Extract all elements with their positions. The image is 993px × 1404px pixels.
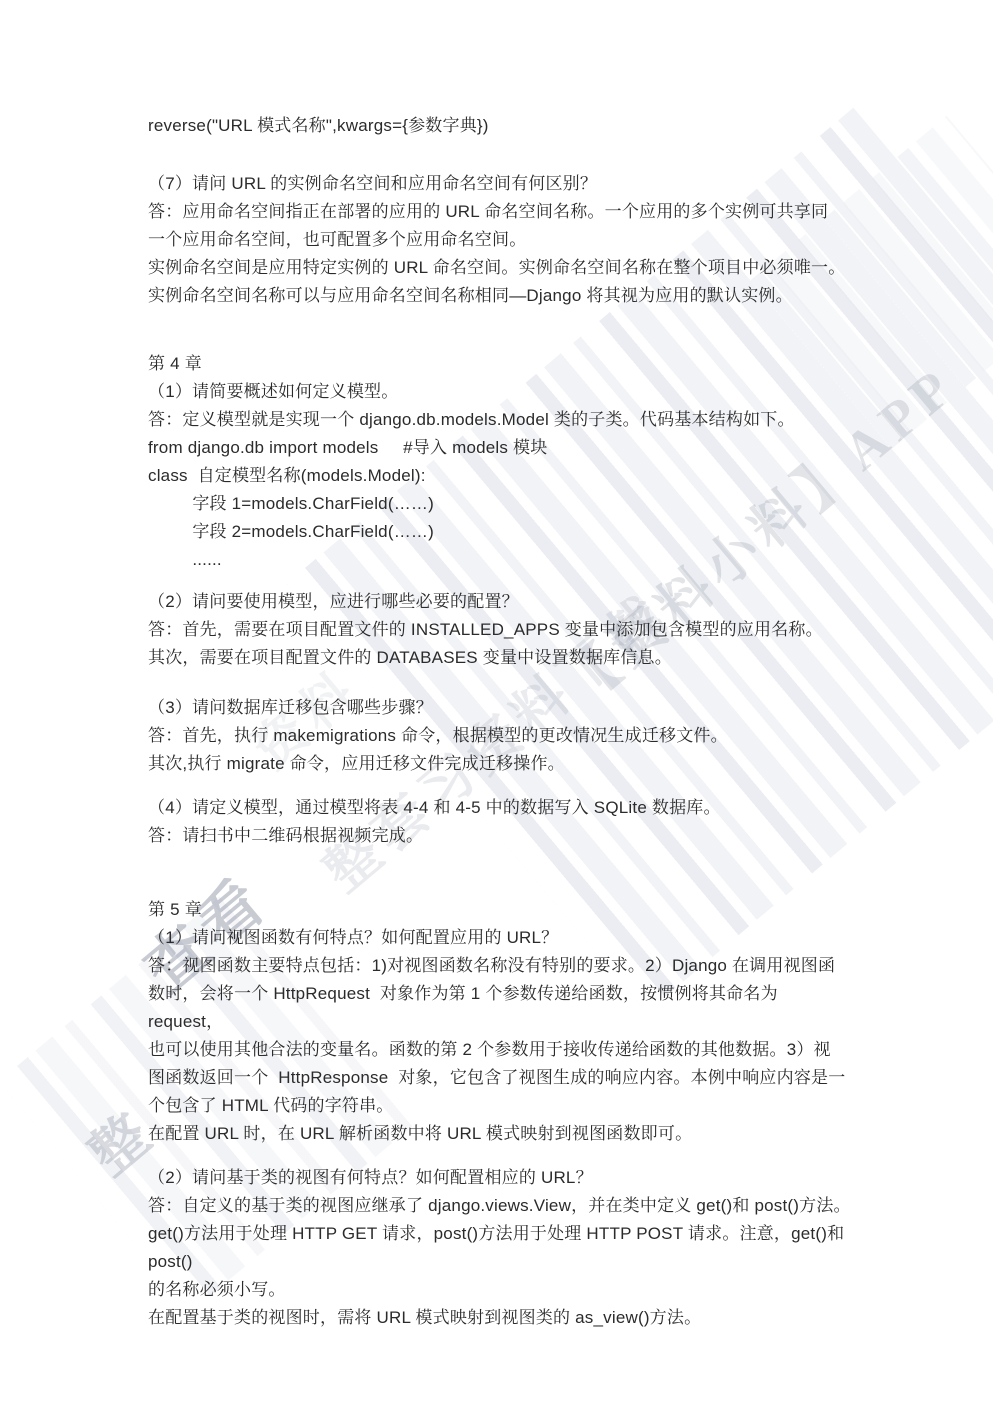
text-line: （4）请定义模型，通过模型将表 4-4 和 4-5 中的数据写入 SQLite … bbox=[148, 794, 853, 822]
text-line: 答：首先，执行 makemigrations 命令，根据模型的更改情况生成迁移文… bbox=[148, 722, 853, 750]
paragraph-ch5-q2: （2）请问基于类的视图有何特点？如何配置相应的 URL？答：自定义的基于类的视图… bbox=[148, 1164, 853, 1332]
text-line: 个包含了 HTML 代码的字符串。 bbox=[148, 1092, 853, 1120]
paragraph-ch5-q1: 第 5 章（1）请问视图函数有何特点？如何配置应用的 URL？答：视图函数主要特… bbox=[148, 896, 853, 1148]
paragraph-reverse-call: reverse("URL 模式名称",kwargs={参数字典}) bbox=[148, 112, 853, 140]
text-line: 图函数返回一个 HttpResponse 对象，它包含了视图生成的响应内容。本例… bbox=[148, 1064, 853, 1092]
text-line: 其次,执行 migrate 命令，应用迁移文件完成迁移操作。 bbox=[148, 750, 853, 778]
text-line: （2）请问要使用模型，应进行哪些必要的配置？ bbox=[148, 588, 853, 616]
text-line: from django.db import models #导入 models … bbox=[148, 434, 853, 462]
text-line: 字段 1=models.CharField(……) bbox=[148, 490, 853, 518]
paragraph-ch4-q3: （3）请问数据库迁移包含哪些步骤？答：首先，执行 makemigrations … bbox=[148, 694, 853, 778]
text-line: 字段 2=models.CharField(……) bbox=[148, 518, 853, 546]
text-line: class 自定模型名称(models.Model): bbox=[148, 462, 853, 490]
text-line: get()方法用于处理 HTTP GET 请求，post()方法用于处理 HTT… bbox=[148, 1220, 853, 1276]
text-line: 也可以使用其他合法的变量名。函数的第 2 个参数用于接收传递给函数的其他数据。3… bbox=[148, 1036, 853, 1064]
text-line: 实例命名空间名称可以与应用命名空间名称相同—Django 将其视为应用的默认实例… bbox=[148, 282, 853, 310]
text-line: （7）请问 URL 的实例命名空间和应用命名空间有何区别？ bbox=[148, 170, 853, 198]
text-line: （1）请问视图函数有何特点？如何配置应用的 URL？ bbox=[148, 924, 853, 952]
text-line: 答：应用命名空间指正在部署的应用的 URL 命名空间名称。一个应用的多个实例可共… bbox=[148, 198, 853, 226]
text-line: ...... bbox=[148, 546, 853, 574]
paragraph-ch4-q4: （4）请定义模型，通过模型将表 4-4 和 4-5 中的数据写入 SQLite … bbox=[148, 794, 853, 850]
text-line: 第 4 章 bbox=[148, 350, 853, 378]
text-line: 答：定义模型就是实现一个 django.db.models.Model 类的子类… bbox=[148, 406, 853, 434]
text-line: （3）请问数据库迁移包含哪些步骤？ bbox=[148, 694, 853, 722]
text-line: 第 5 章 bbox=[148, 896, 853, 924]
document-content: reverse("URL 模式名称",kwargs={参数字典}) （7）请问 … bbox=[0, 0, 993, 1332]
text-line: 实例命名空间是应用特定实例的 URL 命名空间。实例命名空间名称在整个项目中必须… bbox=[148, 254, 853, 282]
paragraph-ch4-q2: （2）请问要使用模型，应进行哪些必要的配置？答：首先，需要在项目配置文件的 IN… bbox=[148, 588, 853, 672]
text-line: 在配置基于类的视图时，需将 URL 模式映射到视图类的 as_view()方法。 bbox=[148, 1304, 853, 1332]
document-page: { "page": { "background": "#ffffff", "te… bbox=[0, 0, 993, 1404]
text-line: （1）请简要概述如何定义模型。 bbox=[148, 378, 853, 406]
paragraph-ch3-q7: （7）请问 URL 的实例命名空间和应用命名空间有何区别？答：应用命名空间指正在… bbox=[148, 170, 853, 310]
paragraph-ch4-q1: 第 4 章（1）请简要概述如何定义模型。答：定义模型就是实现一个 django.… bbox=[148, 350, 853, 574]
text-line: 答：请扫书中二维码根据视频完成。 bbox=[148, 822, 853, 850]
text-line: 答：自定义的基于类的视图应继承了 django.views.View，并在类中定… bbox=[148, 1192, 853, 1220]
text-line: 在配置 URL 时，在 URL 解析函数中将 URL 模式映射到视图函数即可。 bbox=[148, 1120, 853, 1148]
text-line: 答：首先，需要在项目配置文件的 INSTALLED_APPS 变量中添加包含模型… bbox=[148, 616, 853, 644]
text-line: 一个应用命名空间，也可配置多个应用命名空间。 bbox=[148, 226, 853, 254]
text-line: 的名称必须小写。 bbox=[148, 1276, 853, 1304]
text-line: 答：视图函数主要特点包括：1)对视图函数名称没有特别的要求。2）Django 在… bbox=[148, 952, 853, 980]
text-line: 数时，会将一个 HttpRequest 对象作为第 1 个参数传递给函数，按惯例… bbox=[148, 980, 853, 1036]
text-line: （2）请问基于类的视图有何特点？如何配置相应的 URL？ bbox=[148, 1164, 853, 1192]
text-line: 其次，需要在项目配置文件的 DATABASES 变量中设置数据库信息。 bbox=[148, 644, 853, 672]
text-line: reverse("URL 模式名称",kwargs={参数字典}) bbox=[148, 112, 853, 140]
